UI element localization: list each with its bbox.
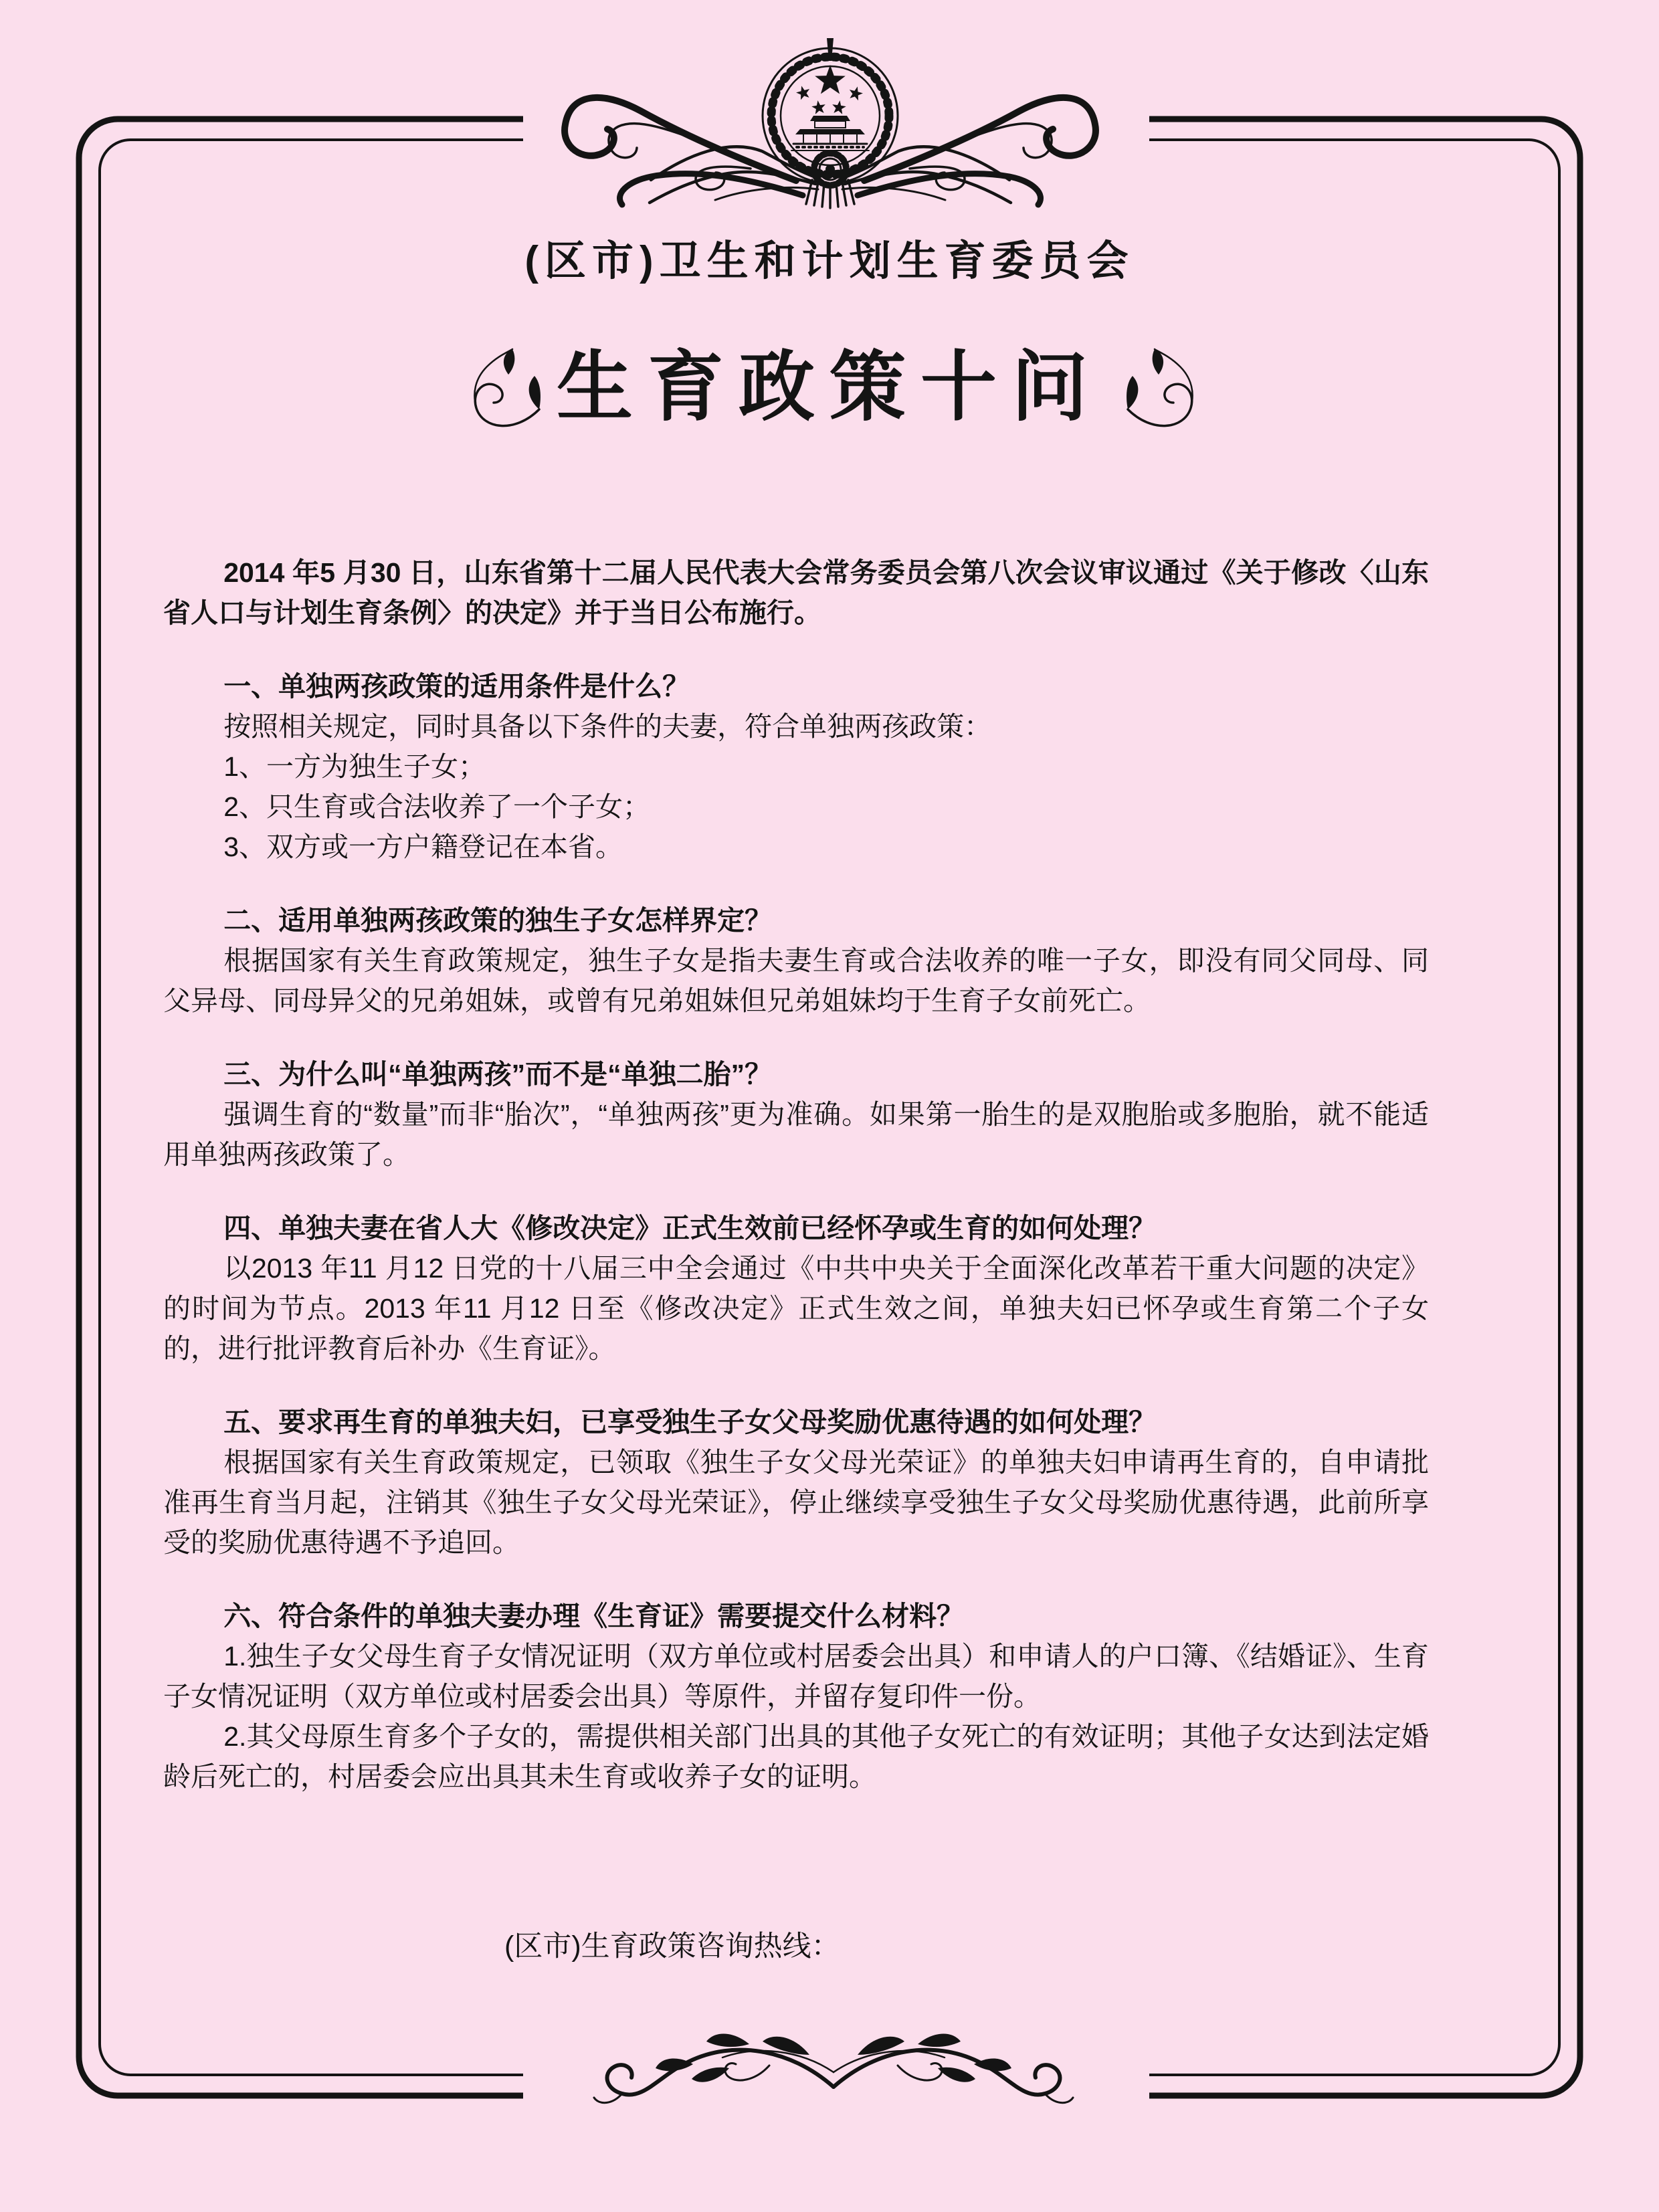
calligraphic-swirl-right-icon [858,98,1096,205]
qa-section-body: 1.独生子女父母生育子女情况证明（双方单位或村居委会出具）和申请人的户口簿、《结… [163,1636,1429,1797]
qa-section: 六、符合条件的单独夫妻办理《生育证》需要提交什么材料？ 1.独生子女父母生育子女… [163,1596,1429,1797]
qa-paragraph: 1.独生子女父母生育子女情况证明（双方单位或村居委会出具）和申请人的户口簿、《结… [163,1636,1429,1716]
qa-section-body: 根据国家有关生育政策规定，已领取《独生子女父母光荣证》的单独夫妇申请再生育的，自… [163,1442,1429,1563]
qa-section-heading: 三、为什么叫“单独两孩”而不是“单独二胎”？ [163,1054,1429,1094]
calligraphic-swirl-left-icon [565,98,803,205]
qa-section-heading: 一、单独两孩政策的适用条件是什么？ [163,666,1429,706]
prc-national-emblem-icon [650,38,1011,208]
intro-paragraph: 2014 年5 月30 日，山东省第十二届人民代表大会常务委员会第八次会议审议通… [163,552,1429,633]
hotline-label: (区市)生育政策咨询热线： [504,1928,840,1965]
qa-section-heading: 二、适用单独两孩政策的独生子女怎样界定？ [163,900,1429,940]
qa-section: 四、单独夫妻在省人大《修改决定》正式生效前已经怀孕或生育的如何处理？ 以2013… [163,1208,1429,1369]
qa-section-heading: 四、单独夫妻在省人大《修改决定》正式生效前已经怀孕或生育的如何处理？ [163,1208,1429,1248]
qa-section: 一、单独两孩政策的适用条件是什么？ 按照相关规定，同时具备以下条件的夫妻，符合单… [163,666,1429,867]
qa-section: 二、适用单独两孩政策的独生子女怎样界定？ 根据国家有关生育政策规定，独生子女是指… [163,900,1429,1021]
qa-paragraph: 2.其父母原生育多个子女的，需提供相关部门出具的其他子女死亡的有效证明；其他子女… [163,1716,1429,1797]
qa-paragraph: 根据国家有关生育政策规定，已领取《独生子女父母光荣证》的单独夫妇申请再生育的，自… [163,1442,1429,1563]
org-title: (区市)卫生和计划生育委员会 [0,237,1659,286]
qa-paragraph: 2、只生育或合法收养了一个子女； [163,787,1429,827]
qa-section-body: 强调生育的“数量”而非“胎次”，“单独两孩”更为准确。如果第一胎生的是双胞胎或多… [163,1094,1429,1175]
qa-paragraph: 强调生育的“数量”而非“胎次”，“单独两孩”更为准确。如果第一胎生的是双胞胎或多… [163,1094,1429,1175]
qa-section-heading: 五、要求再生育的单独夫妇，已享受独生子女父母奖励优惠待遇的如何处理？ [163,1402,1429,1442]
qa-paragraph: 3、双方或一方户籍登记在本省。 [163,827,1429,867]
qa-section: 五、要求再生育的单独夫妇，已享受独生子女父母奖励优惠待遇的如何处理？ 根据国家有… [163,1402,1429,1563]
main-title: 生育政策十问 [0,344,1659,432]
qa-section-body: 根据国家有关生育政策规定，独生子女是指夫妻生育或合法收养的唯一子女，即没有同父同… [163,940,1429,1021]
qa-section-heading: 六、符合条件的单独夫妻办理《生育证》需要提交什么材料？ [163,1596,1429,1636]
qa-section-body: 按照相关规定，同时具备以下条件的夫妻，符合单独两孩政策：1、一方为独生子女；2、… [163,706,1429,867]
qa-section-body: 以2013 年11 月12 日党的十八届三中全会通过《中共中央关于全面深化改革若… [163,1248,1429,1369]
qa-paragraph: 以2013 年11 月12 日党的十八届三中全会通过《中共中央关于全面深化改革若… [163,1248,1429,1369]
qa-paragraph: 1、一方为独生子女； [163,746,1429,787]
qa-paragraph: 按照相关规定，同时具备以下条件的夫妻，符合单独两孩政策： [163,706,1429,746]
qa-sections: 一、单独两孩政策的适用条件是什么？ 按照相关规定，同时具备以下条件的夫妻，符合单… [163,666,1429,1797]
poster-page: { "poster": { "colors": { "background": … [0,0,1659,2212]
policy-content: 2014 年5 月30 日，山东省第十二届人民代表大会常务委员会第八次会议审议通… [163,552,1429,1797]
floral-divider-icon [594,2033,1073,2102]
qa-section: 三、为什么叫“单独两孩”而不是“单独二胎”？ 强调生育的“数量”而非“胎次”，“… [163,1054,1429,1175]
qa-paragraph: 根据国家有关生育政策规定，独生子女是指夫妻生育或合法收养的唯一子女，即没有同父同… [163,940,1429,1021]
